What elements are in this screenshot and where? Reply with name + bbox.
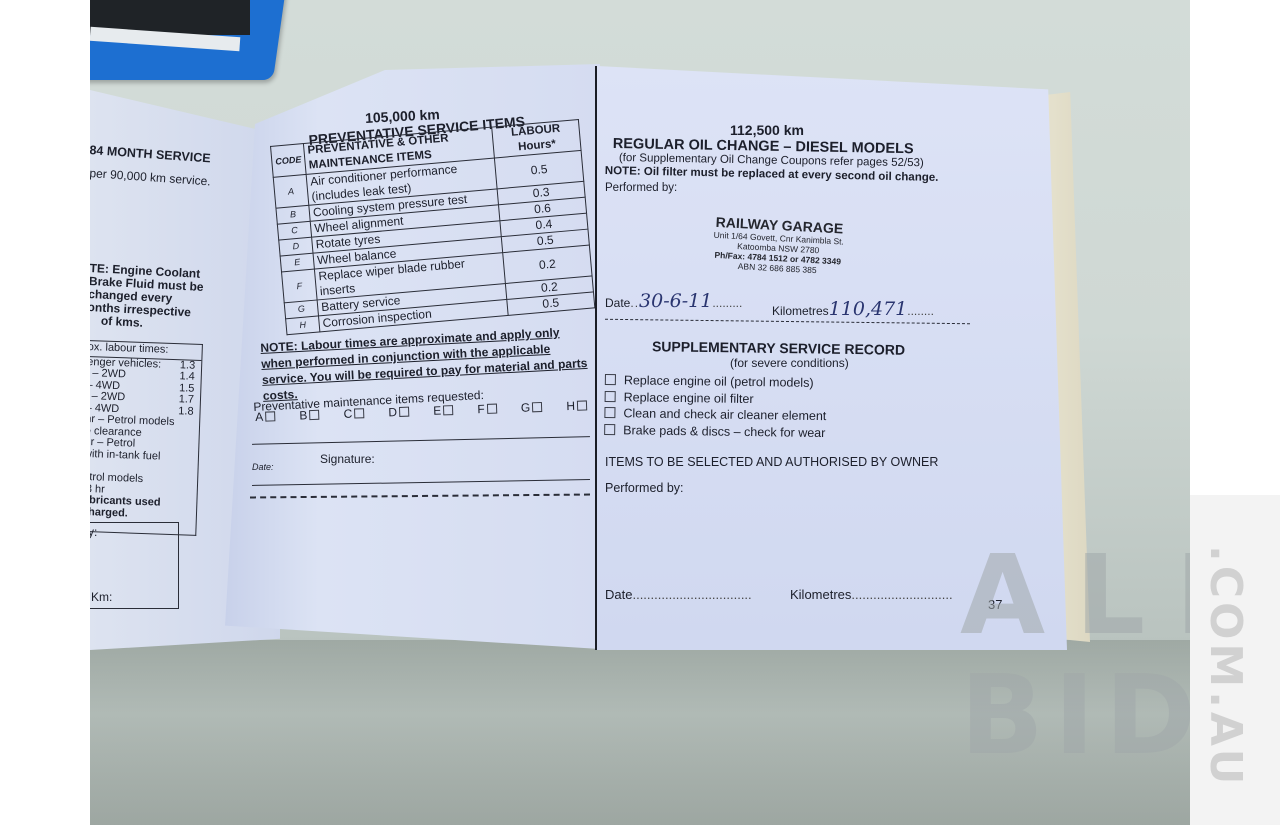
km-handwritten: 110,471: [829, 298, 908, 320]
supplementary-checklist: Replace engine oil (petrol models)Replac…: [604, 372, 827, 441]
supplementary-subtitle: (for severe conditions): [730, 356, 849, 370]
checkbox-icon: [487, 404, 497, 414]
logbook-photo: 84 MONTH SERVICE per 90,000 km service. …: [90, 0, 1190, 825]
checkbox-icon: [399, 407, 409, 417]
request-code-checkbox[interactable]: C: [343, 406, 372, 421]
request-code-checkbox[interactable]: H: [566, 398, 595, 413]
watermark-domain: .COM.AU: [1200, 545, 1251, 788]
watermark-all: ALL: [960, 540, 1190, 650]
right-margin: .COM.AU: [1190, 0, 1280, 825]
checkbox-icon: [605, 374, 616, 385]
garage-stamp: RAILWAY GARAGE Unit 1/64 Govett, Cnr Kan…: [697, 213, 860, 277]
date-field-2[interactable]: Date.................................: [605, 587, 752, 602]
checkbox-icon: [265, 411, 275, 421]
preventative-items-table: CODE PREVENTATIVE & OTHER MAINTENANCE IT…: [270, 118, 605, 335]
date-label: Date:: [252, 462, 274, 472]
right-km-heading: 112,500 km: [730, 122, 804, 138]
checkbox-icon: [604, 423, 615, 434]
kilometres-field-2[interactable]: Kilometres............................: [790, 587, 953, 602]
authorise-text: ITEMS TO BE SELECTED AND AUTHORISED BY O…: [605, 455, 938, 469]
checklist-item[interactable]: Brake pads & discs – check for wear: [604, 421, 826, 441]
date-field[interactable]: Date..30-6-11.........: [605, 290, 742, 312]
checkbox-icon: [532, 402, 542, 412]
signature-label: Signature:: [320, 452, 375, 466]
checkbox-icon: [354, 408, 364, 418]
checkbox-icon: [604, 407, 615, 418]
row-code: A: [273, 174, 309, 208]
checkbox-icon: [605, 390, 616, 401]
left-page-note: TE: Engine Coolant Brake Fluid must be c…: [90, 262, 205, 333]
checkbox-icon: [443, 405, 453, 415]
book-spine: [595, 66, 597, 650]
left-page-labour-box: ox. labour times: enger vehicles:1.3 l –…: [90, 340, 203, 536]
checkbox-icon: [577, 400, 587, 410]
request-code-checkbox[interactable]: A: [255, 409, 283, 424]
watermark-bids: BIDS: [960, 660, 1190, 770]
left-page-signature-box: y: Km:: [90, 522, 179, 609]
kilometres-field[interactable]: Kilometres110,471........: [772, 298, 934, 320]
row-code: F: [282, 269, 318, 303]
request-code-checkbox[interactable]: B: [299, 407, 327, 422]
performed-by-label-2: Performed by:: [605, 481, 684, 495]
request-code-checkbox[interactable]: F: [477, 401, 505, 416]
row-code: H: [286, 316, 320, 335]
date-handwritten: 30-6-11: [639, 290, 712, 312]
checkbox-icon: [309, 410, 319, 420]
performed-by-label: Performed by:: [605, 182, 677, 194]
request-code-checkbox[interactable]: G: [521, 400, 551, 415]
request-code-checkbox[interactable]: D: [388, 404, 417, 419]
request-code-checkbox[interactable]: E: [433, 403, 461, 418]
